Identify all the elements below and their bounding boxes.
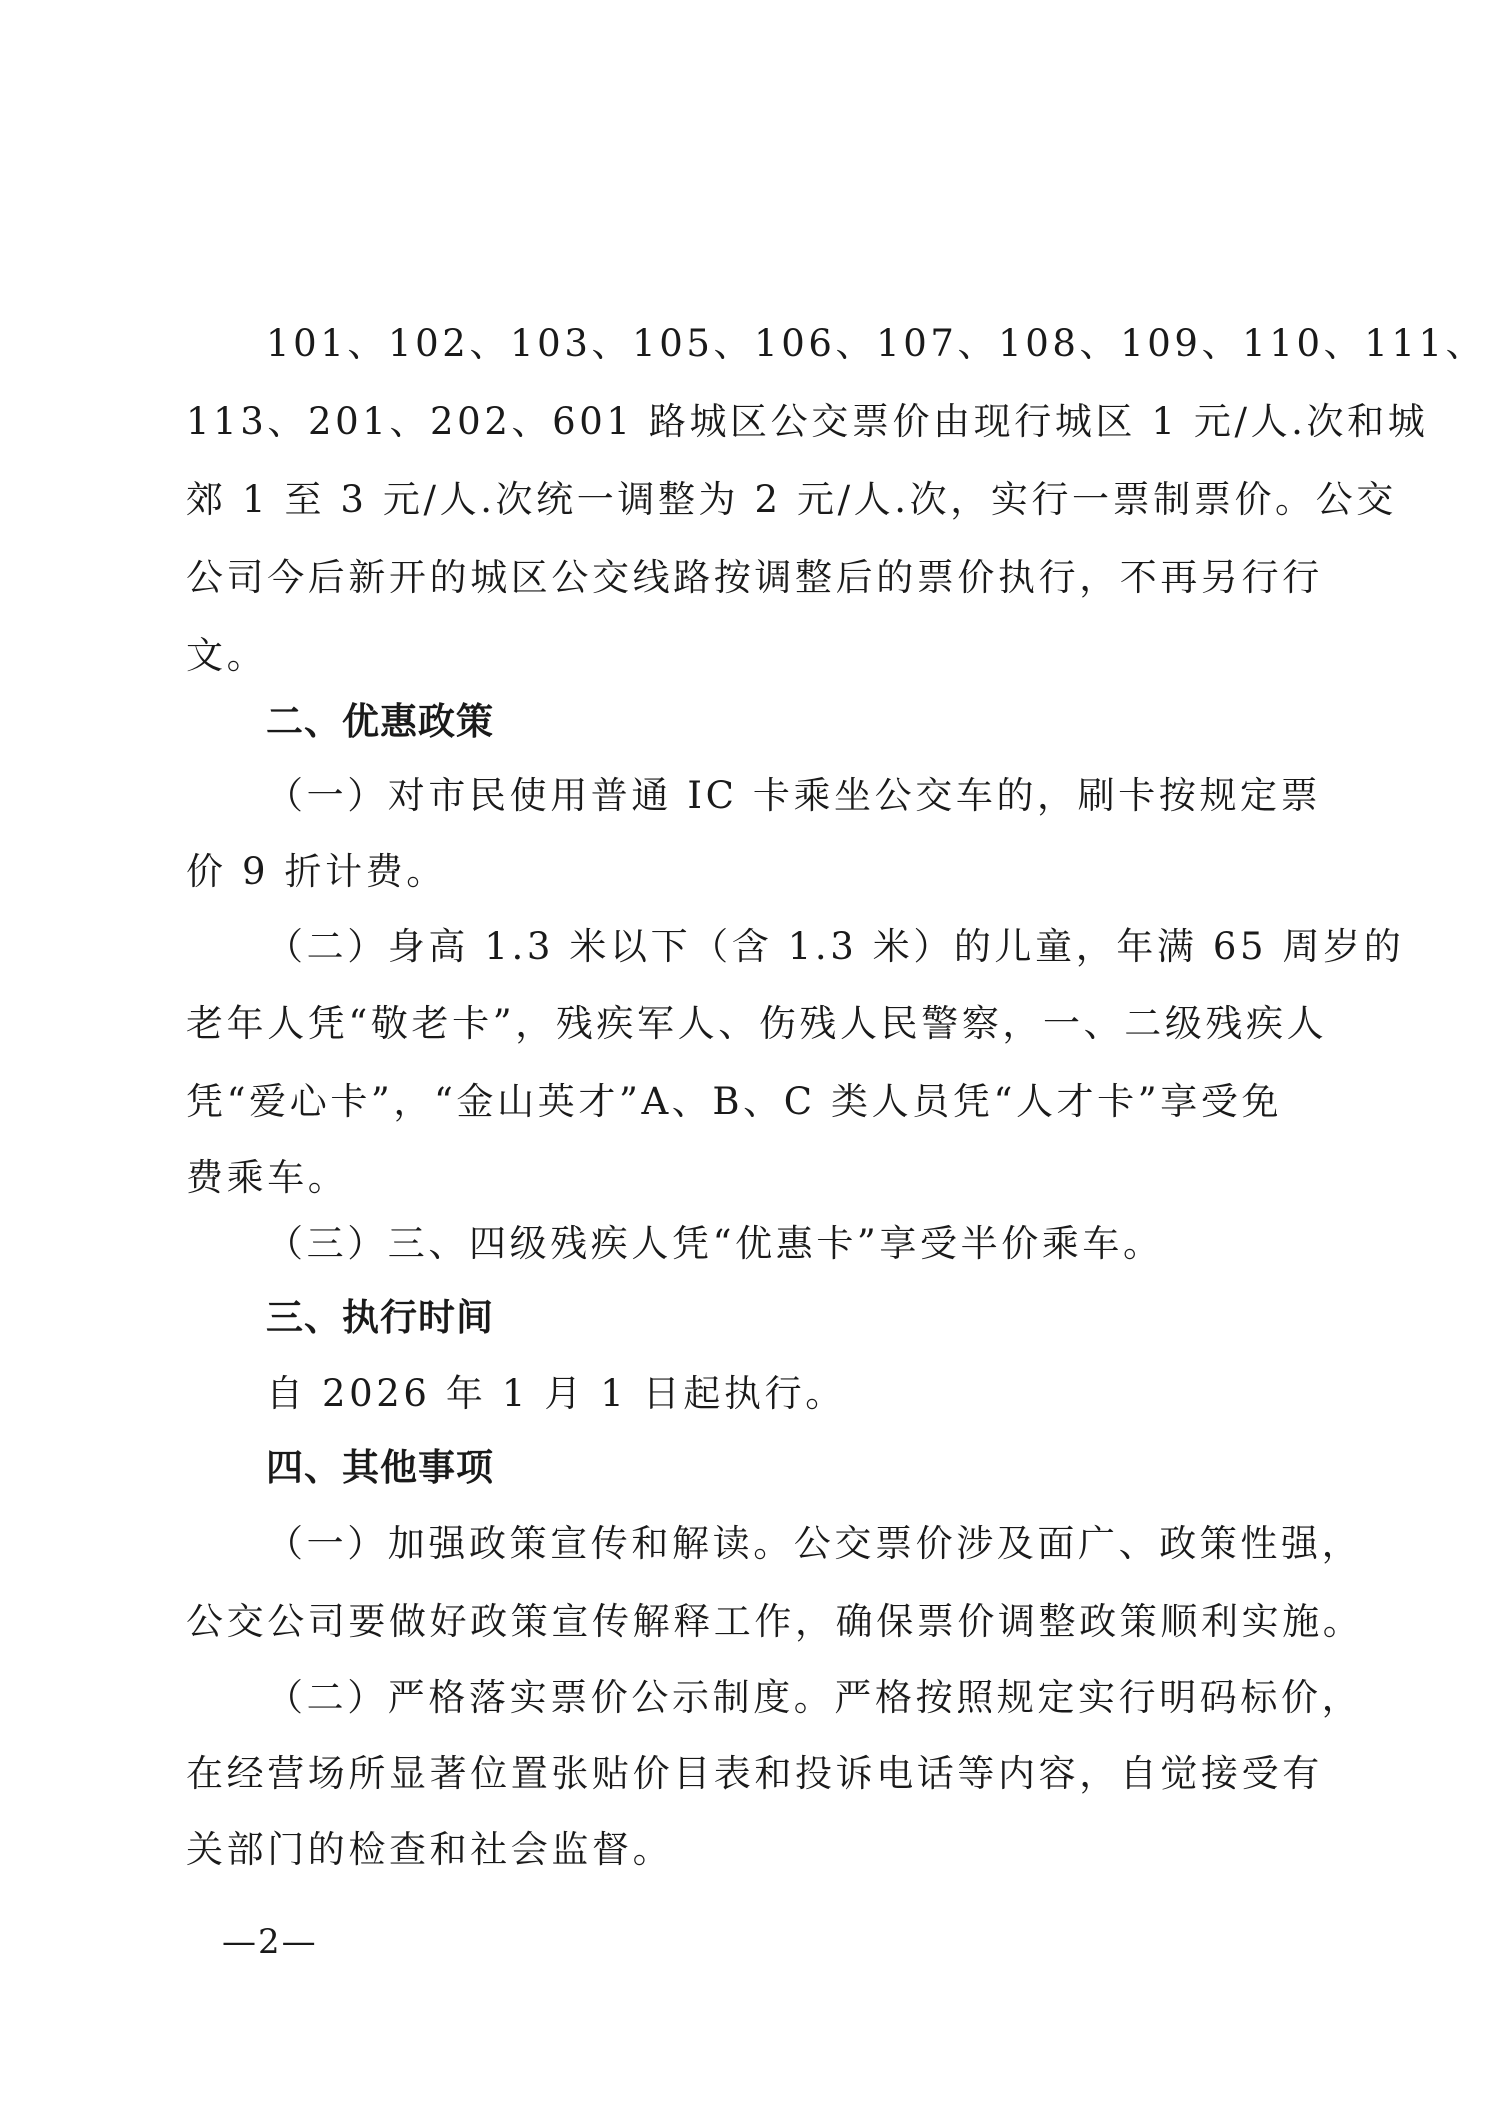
paragraph-line: 价 9 折计费。 xyxy=(186,850,1306,894)
paragraph-line: （二）身高 1.3 米以下（含 1.3 米）的儿童，年满 65 周岁的 xyxy=(266,925,1306,969)
paragraph-line: 公司今后新开的城区公交线路按调整后的票价执行，不再另行行 xyxy=(186,556,1306,600)
paragraph-line: 自 2026 年 1 月 1 日起执行。 xyxy=(266,1372,1306,1416)
paragraph-line: 101、102、103、105、106、107、108、109、110、111、… xyxy=(266,322,1306,366)
paragraph-line: 文。 xyxy=(186,634,1306,678)
paragraph-line: 老年人凭“敬老卡”，残疾军人、伤残人民警察，一、二级残疾人 xyxy=(186,1002,1306,1046)
paragraph-line: 113、201、202、601 路城区公交票价由现行城区 1 元/人.次和城 xyxy=(186,400,1306,444)
paragraph-line: 在经营场所显著位置张贴价目表和投诉电话等内容，自觉接受有 xyxy=(186,1752,1306,1796)
paragraph-line: 郊 1 至 3 元/人.次统一调整为 2 元/人.次，实行一票制票价。公交 xyxy=(186,478,1306,522)
paragraph-line: 公交公司要做好政策宣传解释工作，确保票价调整政策顺利实施。 xyxy=(186,1600,1306,1644)
paragraph-line: （一）对市民使用普通 IC 卡乘坐公交车的，刷卡按规定票 xyxy=(266,774,1306,818)
document-page: 101、102、103、105、106、107、108、109、110、111、… xyxy=(0,0,1488,2104)
paragraph-line: （二）严格落实票价公示制度。严格按照规定实行明码标价， xyxy=(266,1676,1306,1720)
paragraph-line: 费乘车。 xyxy=(186,1156,1306,1200)
paragraph-line: 关部门的检查和社会监督。 xyxy=(186,1828,1306,1872)
page-number: —2— xyxy=(222,1922,318,1962)
section-heading-2: 二、优惠政策 xyxy=(266,700,1306,744)
section-heading-4: 四、其他事项 xyxy=(266,1446,1306,1490)
paragraph-line: 凭“爱心卡”，“金山英才”A、B、C 类人员凭“人才卡”享受免 xyxy=(186,1080,1306,1124)
paragraph-line: （一）加强政策宣传和解读。公交票价涉及面广、政策性强， xyxy=(266,1522,1306,1566)
paragraph-line: （三）三、四级残疾人凭“优惠卡”享受半价乘车。 xyxy=(266,1222,1306,1266)
section-heading-3: 三、执行时间 xyxy=(266,1296,1306,1340)
